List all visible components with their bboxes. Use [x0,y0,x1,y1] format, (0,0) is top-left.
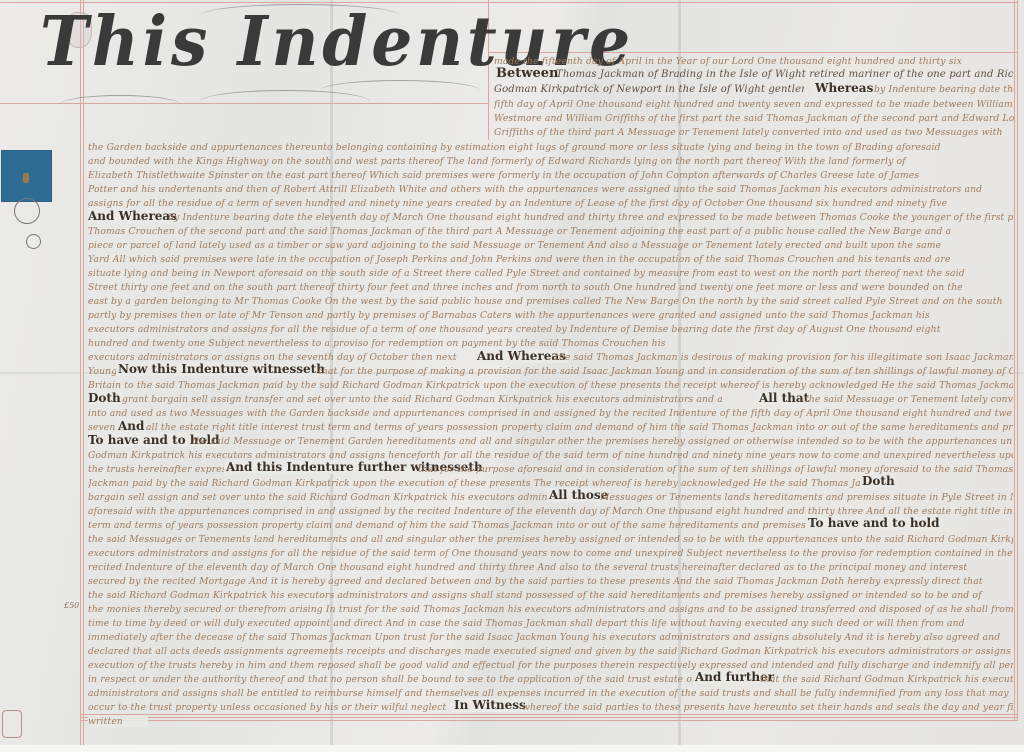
duty-stamp-icon [2,710,22,738]
body-line: the Garden backside and appurtenances th… [88,142,1013,153]
keyword-and-whereas: And Whereas [475,349,568,363]
header-line: by Indenture bearing date the [874,84,1014,95]
indenture-document: This Indenture made the fifteenth day of… [0,0,1024,752]
body-line: Street thirty one feet and on the south … [88,282,1013,293]
body-line: the said Thomas Jackman is desirous of m… [555,352,1013,363]
body-line: the said Messuage or Tenement Garden her… [192,436,1013,447]
revenue-stamp-icon [1,150,52,202]
body-line: hundred and twenty one Subject neverthel… [88,338,1013,349]
body-line: assigns for all the residue of a term of… [88,198,1013,209]
body-line: secured by the recited Mortgage And it i… [88,576,1013,587]
bottom-rule-3 [80,720,1018,721]
header-line: Griffiths of the third part A Messuage o… [494,127,1014,138]
body-line: term and terms of years possession prope… [88,520,808,531]
flourish-decoration [60,95,180,114]
keyword-whereas: Whereas [813,81,875,95]
body-line: immediately after the decease of the sai… [88,632,1013,643]
keyword-in-witness: In Witness [452,698,528,712]
body-line: piece or parcel of land lately used as a… [88,240,1013,251]
body-line: and bounded with the Kings Highway on th… [88,156,1013,167]
body-line: Thomas Crouchen of the second part and t… [88,226,1013,237]
body-line: written [88,716,148,727]
header-line: made the fifteenth day of April in the Y… [494,56,1014,67]
body-line: Yard All which said premises were late i… [88,254,1013,265]
body-line: the trusts hereinafter expressed [88,464,238,475]
keyword-doth: Doth [860,474,897,488]
scan-edge [0,745,1024,752]
body-line: partly by premises then or late of Mr Te… [88,310,1013,321]
body-line: in respect or under the authority thereo… [88,674,693,685]
margin-note-amount: £50 [64,601,79,610]
keyword-now-this-indenture: Now this Indenture witnesseth [116,362,327,376]
body-line: all the estate right title interest trus… [146,422,1013,433]
keyword-all-that: All that [757,391,811,405]
header-line: fifth day of April One thousand eight hu… [494,99,1014,110]
body-line: seven [88,422,118,433]
body-line: Elizabeth Thistlethwaite Spinster on the… [88,170,1013,181]
header-line: Thomas Jackman of Brading in the Isle of… [556,69,1014,80]
keyword-to-have-and-to-hold: To have and to hold [806,516,942,530]
flourish-decoration [200,4,400,27]
body-line: grant bargain sell assign transfer and s… [122,394,722,405]
body-line: the monies thereby secured or therefrom … [88,604,1013,615]
body-line: executors administrators and assigns for… [88,324,1013,335]
body-line: into and used as two Messuages with the … [88,408,1013,419]
header-line: Westmore and William Griffiths of the fi… [494,113,1014,124]
body-line: by Indenture bearing date the eleventh d… [168,212,1013,223]
body-line: whereof the said parties to these presen… [522,702,1013,713]
body-line: that the said Richard Godman Kirkpatrick… [760,674,1013,685]
bottom-rule-2 [80,717,1018,718]
keyword-and-whereas: And Whereas [86,209,179,223]
body-line: recited Indenture of the eleventh day of… [88,562,1013,573]
body-line: east by a garden belonging to Mr Thomas … [88,296,1013,307]
margin-rule-right-outer [1017,0,1018,720]
body-line: occur to the trust property unless occas… [88,702,448,713]
body-line: the said Richard Godman Kirkpatrick his … [88,590,1013,601]
body-line: Messuages or Tenements lands hereditamen… [600,492,1013,503]
postmark-icon [14,198,40,224]
body-line: the said Messuage or Tenement lately con… [805,394,1013,405]
body-line: declared that all acts deeds assignments… [88,646,1013,657]
keyword-and: And [116,419,146,433]
header-line: Godman Kirkpatrick of Newport in the Isl… [494,84,804,95]
bottom-rule-1 [80,714,1018,715]
body-line: Britain to the said Thomas Jackman paid … [88,380,1013,391]
keyword-doth: Doth [86,391,123,405]
flourish-decoration [320,80,480,101]
body-line: situate lying and being in Newport afore… [88,268,1013,279]
body-line: the said Messuages or Tenements land her… [88,534,1013,545]
body-line: bargain sell assign and set over unto th… [88,492,588,503]
body-line: execution of the trusts hereby in him an… [88,660,1013,671]
postmark-small-icon [26,234,41,249]
margin-rule-right [1014,0,1015,720]
body-line: executors administrators and assigns for… [88,548,1013,559]
body-line: time to time by deed or will duly execut… [88,618,1013,629]
body-line: administrators and assigns shall be enti… [88,688,1013,699]
body-line: that for the purpose of making a provisi… [318,366,1013,377]
body-line: that for the purpose aforesaid and in co… [418,464,1013,475]
keyword-between: Between [494,66,560,81]
body-line: Potter and his undertenants and then of … [88,184,1013,195]
body-line: Young [88,366,118,377]
